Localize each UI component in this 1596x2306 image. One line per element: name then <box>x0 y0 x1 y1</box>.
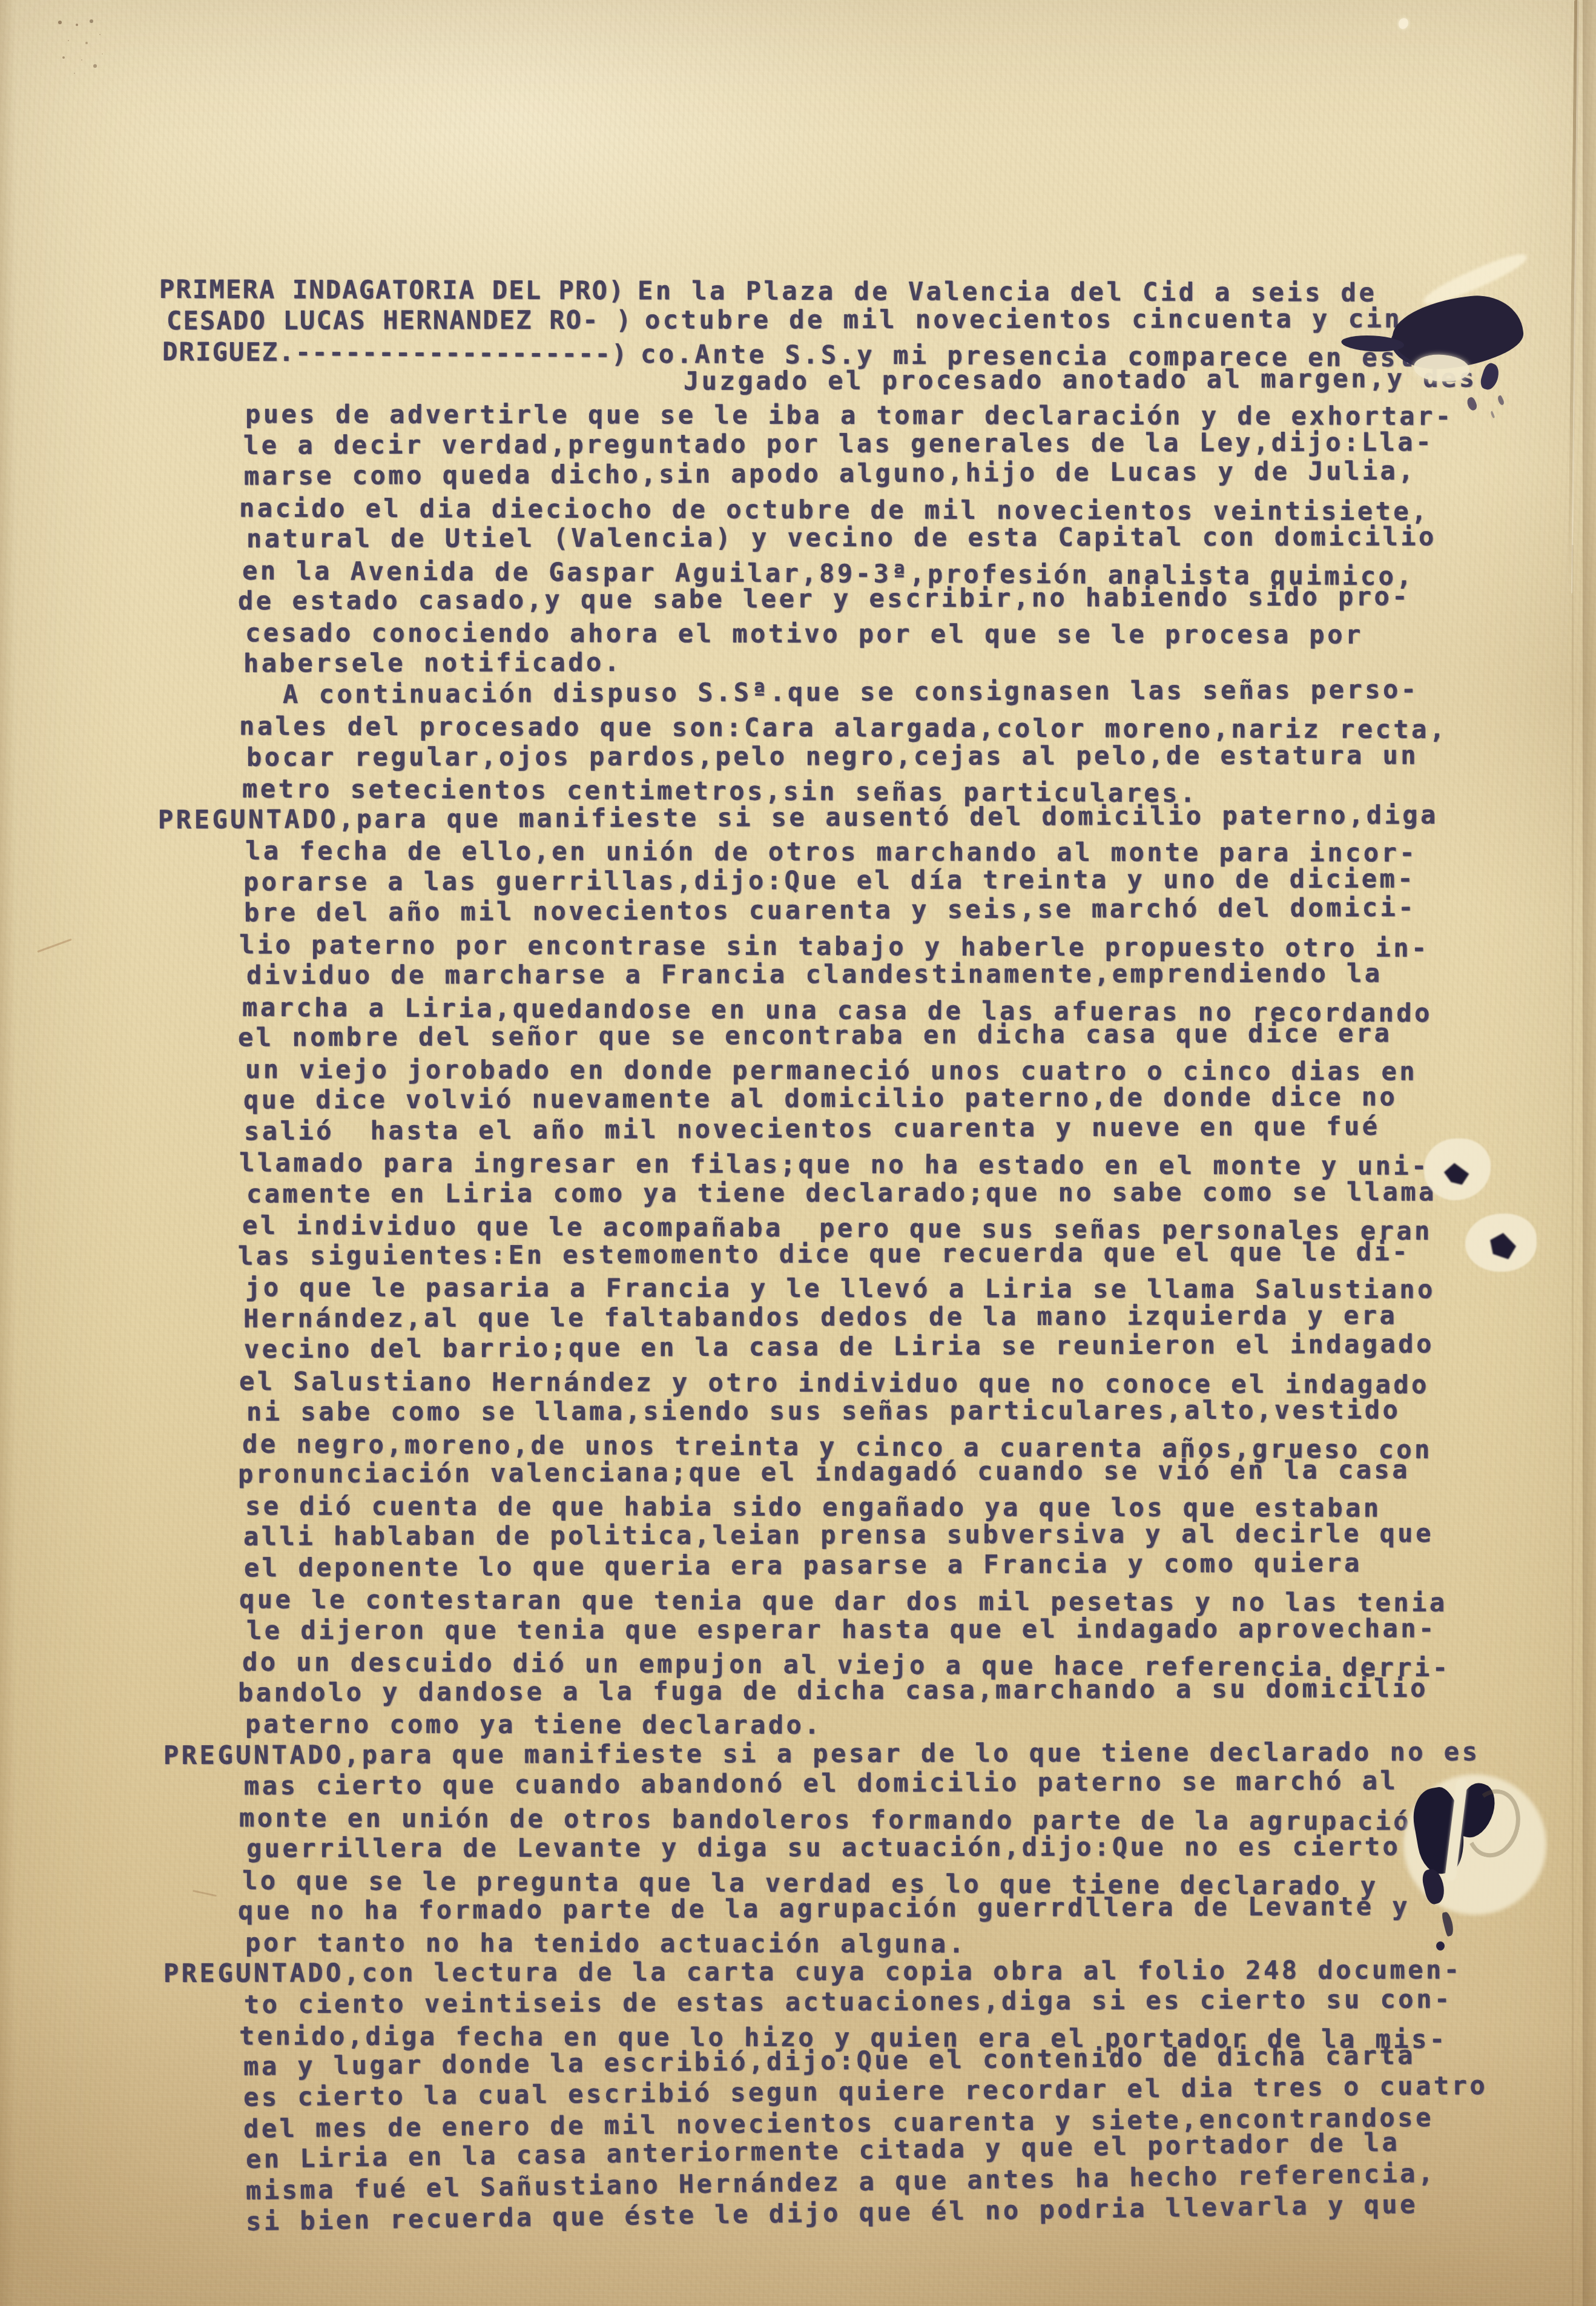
line-text: bre del año mil novecientos cuarenta y s… <box>244 893 1416 928</box>
paper-right-edge-shading <box>1583 0 1596 2306</box>
document-line: le dijeron que tenia que esperar hasta q… <box>167 1613 1523 1646</box>
document-line: Juzgado el procesado anotado al margen,y… <box>158 362 1514 398</box>
line-text: bocar regular,ojos pardos,pelo negro,cej… <box>246 740 1419 771</box>
paper-crease <box>1568 0 1579 593</box>
margin-note-text: DRIGUEZ.-------------------) <box>162 336 641 369</box>
document-line: el deponente lo que queria era pasarse a… <box>164 1546 1520 1584</box>
line-text: le dijeron que tenia que esperar hasta q… <box>246 1613 1437 1645</box>
line-text: vecino del barrio;que en la casa de Liri… <box>244 1329 1434 1364</box>
line-text: pues de advertirle que se le iba a tomar… <box>245 399 1454 431</box>
line-text: salió hasta el año mil novecientos cuare… <box>244 1111 1380 1146</box>
typewritten-text-block: PRIMERA INDAGATORIA DEL PRO)En la Plaza … <box>162 274 1519 2239</box>
line-text: En la Plaza de Valencia del Cid a seis d… <box>638 276 1377 307</box>
line-text: las siguientes:En estemomento dice que r… <box>238 1237 1410 1270</box>
document-line: mas cierto que cuando abandonó el domici… <box>164 1765 1520 1802</box>
ink-blot <box>1416 1783 1495 1881</box>
line-text: natural de Utiel (Valencia) y vecino de … <box>246 521 1437 553</box>
line-text: pronunciación valenciana;que el indagadó… <box>238 1455 1410 1488</box>
document-line: bandolo y dandose a la fuga de dicha cas… <box>158 1672 1514 1708</box>
line-text: llamado para ingresar en filas;que no ha… <box>239 1148 1429 1180</box>
line-text: Juzgado el procesado anotado al margen,y… <box>684 363 1477 395</box>
line-text: que no ha formado parte de la agrupación… <box>238 1891 1410 1925</box>
line-text: cesado conociendo ahora el motivo por el… <box>245 618 1364 649</box>
paper-fiber <box>37 939 71 953</box>
margin-note-text: CESADO LUCAS HERNANDEZ RO- ) <box>167 304 645 336</box>
line-text: el nombre del señor que se encontraba en… <box>238 1018 1392 1052</box>
margin-note-text: PRIMERA INDAGATORIA DEL PRO) <box>159 274 638 306</box>
line-text: jo que le pasaria a Francia y le llevó a… <box>245 1272 1436 1304</box>
document-line: guerrillera de Levante y diga su actuaci… <box>167 1831 1523 1864</box>
line-text: Hernández,al que le faltabandos dedos de… <box>243 1300 1397 1333</box>
line-text: paterno como ya tiene declarado. <box>245 1709 822 1740</box>
line-text: que dice volvió nuevamente al domicilio … <box>243 1082 1397 1114</box>
line-text: mas cierto que cuando abandonó el domici… <box>244 1766 1399 1801</box>
document-line: bre del año mil novecientos cuarenta y s… <box>164 891 1520 929</box>
line-text: que le contestaran que tenia que dar dos… <box>239 1584 1448 1617</box>
line-text: el deponente lo que queria era pasarse a… <box>244 1548 1362 1582</box>
line-text: PREGUNTADO,para que manifieste si a pesa… <box>163 1736 1480 1769</box>
document-line: que no ha formado parte de la agrupación… <box>158 1890 1514 1926</box>
scanned-typewritten-page: PRIMERA INDAGATORIA DEL PRO)En la Plaza … <box>0 0 1596 2306</box>
line-text: habersele notificado. <box>243 647 622 678</box>
line-text: bandolo y dandose a la fuga de dicha cas… <box>238 1673 1428 1707</box>
torn-paper-ink-mark <box>1465 1214 1537 1272</box>
document-line: ni sabe como se llama,siendo sus señas p… <box>167 1394 1523 1427</box>
paper-nick <box>1399 18 1408 29</box>
document-line: pronunciación valenciana;que el indagadó… <box>158 1453 1514 1490</box>
document-line: PREGUNTADO,para que manifieste si se aus… <box>158 799 1514 835</box>
document-line: vecino del barrio;que en la casa de Liri… <box>164 1328 1520 1366</box>
line-text: to ciento veintiseis de estas actuacione… <box>244 1984 1453 2019</box>
document-line: CESADO LUCAS HERNANDEZ RO- )octubre de m… <box>167 303 1523 336</box>
document-line: bocar regular,ojos pardos,pelo negro,cej… <box>167 739 1523 773</box>
document-line: de estado casado,y que sabe leer y escri… <box>158 580 1514 616</box>
line-text: dividuo de marcharse a Francia clandesti… <box>246 958 1383 989</box>
document-line: A continuación dispuso S.Sª.que se consi… <box>164 673 1520 710</box>
line-text: le a decir verdad,preguntado por las gen… <box>243 427 1434 460</box>
line-text: de estado casado,y que sabe leer y escri… <box>238 581 1410 615</box>
document-line: camente en Liria como ya tiene declarado… <box>167 1176 1523 1209</box>
document-line: to ciento veintiseis de estas actuacione… <box>164 1983 1520 2020</box>
line-text: A continuación dispuso S.Sª.que se consi… <box>283 674 1419 709</box>
line-text: octubre de mil novecientos cincuenta y c… <box>645 303 1402 334</box>
line-text: porarse a las guerrillas,dijo:Que el día… <box>243 864 1416 896</box>
document-line: marse como queda dicho,sin apodo alguno,… <box>164 455 1520 492</box>
paper-crease-faint <box>1572 545 1574 2306</box>
line-text: marse como queda dicho,sin apodo alguno,… <box>244 456 1416 491</box>
ink-dot <box>1436 1941 1445 1951</box>
line-text: guerrillera de Levante y diga su actuaci… <box>246 1831 1400 1863</box>
line-text: PREGUNTADO,para que manifieste si se aus… <box>158 799 1439 834</box>
line-text: ni sabe como se llama,siendo sus señas p… <box>246 1395 1400 1426</box>
document-line: dividuo de marcharse a Francia clandesti… <box>167 957 1523 991</box>
line-text: por tanto no ha tenido actuación alguna. <box>245 1928 967 1958</box>
line-text: PREGUNTADO,con lectura de la carta cuya … <box>163 1955 1462 1988</box>
line-text: la fecha de ello,en unión de otros march… <box>245 836 1417 867</box>
paper-left-edge-shading <box>0 0 16 2306</box>
pen-speck-cluster <box>58 21 62 24</box>
document-line: natural de Utiel (Valencia) y vecino de … <box>167 521 1523 554</box>
line-text: alli hablaban de politica,leian prensa s… <box>243 1518 1434 1551</box>
document-line: las siguientes:En estemomento dice que r… <box>158 1235 1514 1272</box>
line-text: nales del procesado que son:Cara alargad… <box>239 711 1448 744</box>
document-line: salió hasta el año mil novecientos cuare… <box>164 1109 1520 1147</box>
line-text: camente en Liria como ya tiene declarado… <box>246 1177 1437 1208</box>
document-line: el nombre del señor que se encontraba en… <box>158 1017 1514 1053</box>
